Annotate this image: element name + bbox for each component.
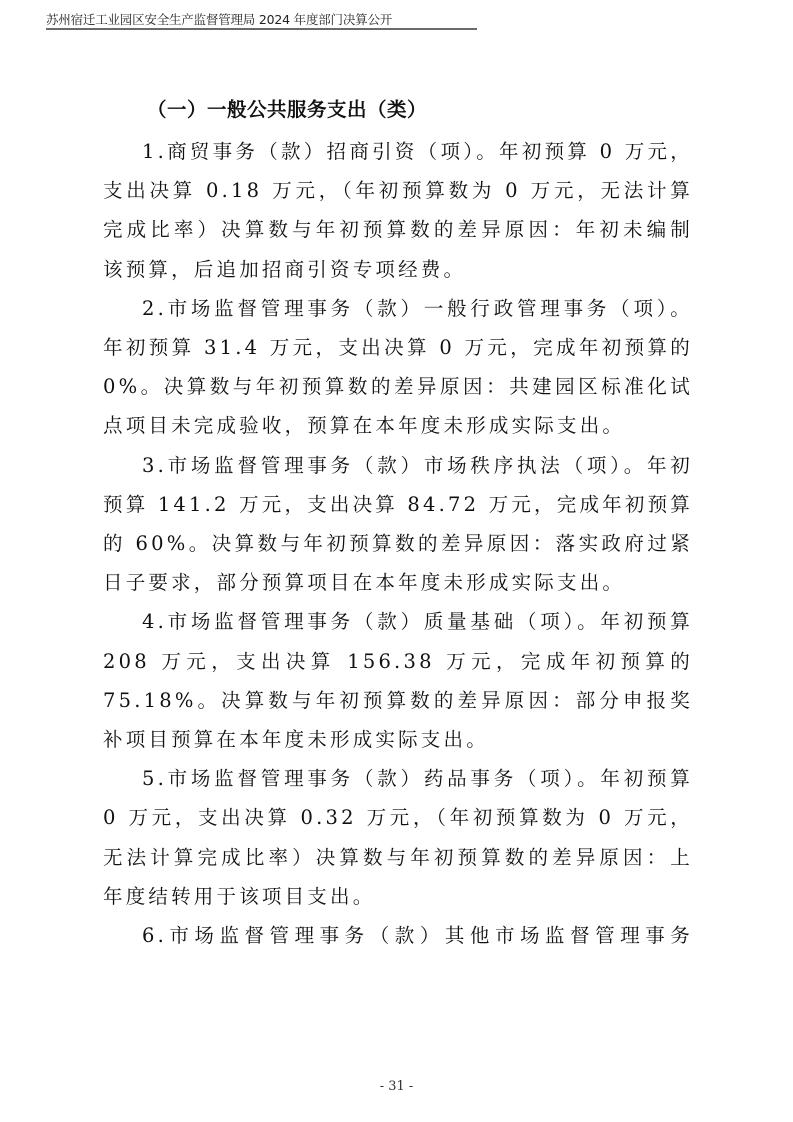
document-body: （一）一般公共服务支出（类） 1.商贸事务（款）招商引资（项）。年初预算 0 万…	[103, 96, 693, 955]
paragraph-item-6: 6.市场监督管理事务（款）其他市场监督管理事务	[103, 916, 693, 955]
paragraph-item-1: 1.商贸事务（款）招商引资（项）。年初预算 0 万元，支出决算 0.18 万元，…	[103, 132, 693, 289]
document-header: 苏州宿迁工业园区安全生产监督管理局 2024 年度部门决算公开	[46, 10, 478, 28]
paragraph-item-2: 2.市场监督管理事务（款）一般行政管理事务（项）。年初预算 31.4 万元，支出…	[103, 289, 693, 446]
page-number: - 31 -	[0, 1079, 793, 1094]
section-title: （一）一般公共服务支出（类）	[147, 96, 693, 132]
paragraph-item-3: 3.市场监督管理事务（款）市场秩序执法（项）。年初预算 141.2 万元，支出决…	[103, 446, 693, 603]
paragraph-item-4: 4.市场监督管理事务（款）质量基础（项）。年初预算 208 万元，支出决算 15…	[103, 602, 693, 759]
header-divider	[46, 28, 477, 30]
paragraph-item-5: 5.市场监督管理事务（款）药品事务（项）。年初预算 0 万元，支出决算 0.32…	[103, 759, 693, 916]
